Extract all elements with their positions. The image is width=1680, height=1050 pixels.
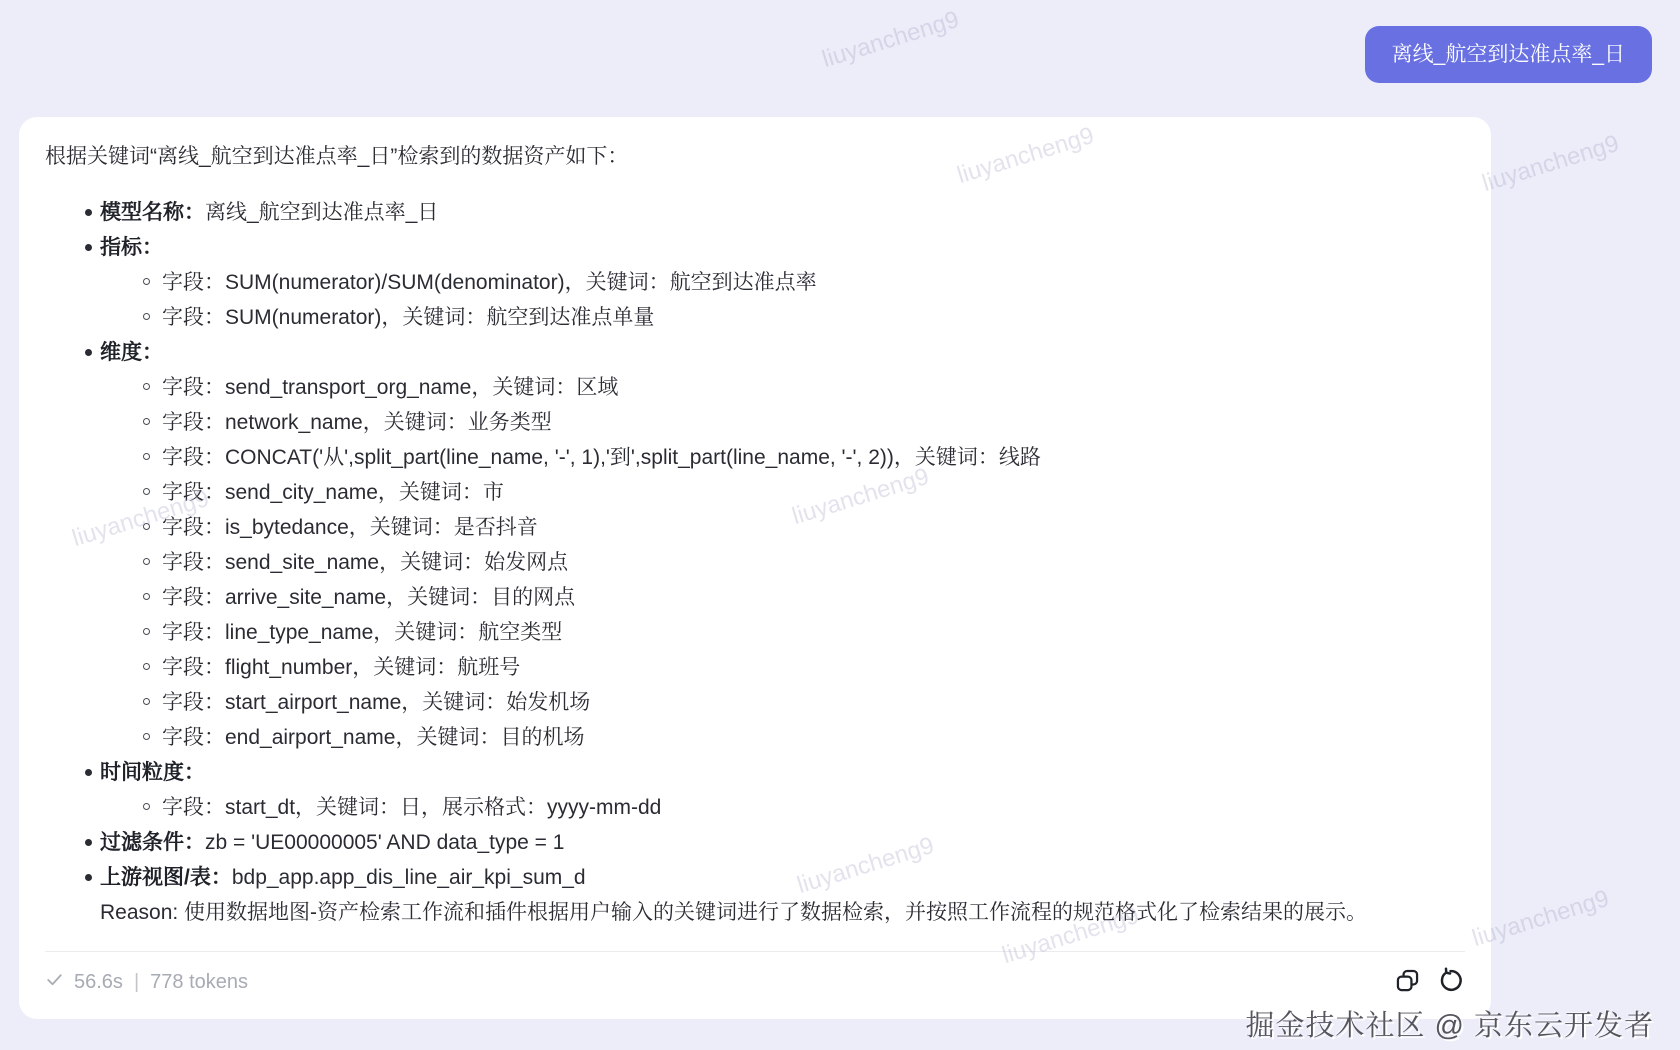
list-item-value: 字段：start_airport_name，关键词：始发机场 bbox=[162, 691, 590, 714]
diagonal-watermark: liuyancheng9 bbox=[819, 6, 962, 74]
list-item-sub: 字段：end_airport_name，关键词：目的机场 bbox=[45, 720, 1465, 755]
list-item-value: 字段：SUM(numerator)/SUM(denominator)，关键词：航… bbox=[162, 271, 817, 294]
regenerate-button[interactable] bbox=[1435, 967, 1465, 997]
list-item-value: 字段：network_name，关键词：业务类型 bbox=[162, 411, 552, 434]
generation-stats: 56.6s | 778 tokens bbox=[45, 970, 248, 995]
list-item-sub: 字段：send_transport_org_name，关键词：区域 bbox=[45, 370, 1465, 405]
list-item-sub: 字段：SUM(numerator)，关键词：航空到达准点单量 bbox=[45, 300, 1465, 335]
list-item-value: 字段：line_type_name，关键词：航空类型 bbox=[162, 621, 562, 644]
list-item-value: 字段：send_site_name，关键词：始发网点 bbox=[162, 551, 568, 574]
list-item-value: 字段：start_dt，关键词：日，展示格式：yyyy-mm-dd bbox=[162, 796, 661, 819]
refresh-icon bbox=[1437, 967, 1464, 997]
brand-watermark: 掘金技术社区 @ 京东云开发者 bbox=[1245, 1003, 1654, 1044]
chat-page: 离线_航空到达准点率_日 根据关键词“离线_航空到达准点率_日”检索到的数据资产… bbox=[0, 0, 1680, 1050]
list-item-value: 字段：arrive_site_name，关键词：目的网点 bbox=[162, 586, 575, 609]
list-item-sub: 字段：line_type_name，关键词：航空类型 bbox=[45, 615, 1465, 650]
list-item-top: 模型名称：离线_航空到达准点率_日 bbox=[45, 195, 1465, 230]
list-item-top: 上游视图/表：bdp_app.app_dis_line_air_kpi_sum_… bbox=[45, 860, 1465, 895]
list-item-label: 过滤条件： bbox=[100, 831, 205, 854]
list-item-value: 字段：send_city_name，关键词：市 bbox=[162, 481, 504, 504]
list-item-sub: 字段：send_site_name，关键词：始发网点 bbox=[45, 545, 1465, 580]
tokens-text: 778 tokens bbox=[150, 971, 248, 994]
list-item-sub: 字段：arrive_site_name，关键词：目的网点 bbox=[45, 580, 1465, 615]
copy-button[interactable] bbox=[1392, 967, 1422, 997]
assistant-message-card: 根据关键词“离线_航空到达准点率_日”检索到的数据资产如下： 模型名称：离线_航… bbox=[19, 117, 1491, 1019]
list-item-value: 字段：is_bytedance，关键词：是否抖音 bbox=[162, 516, 538, 539]
list-item-sub: 字段：start_airport_name，关键词：始发机场 bbox=[45, 685, 1465, 720]
message-actions bbox=[1392, 967, 1465, 997]
list-item-sub: 字段：flight_number，关键词：航班号 bbox=[45, 650, 1465, 685]
list-item-sub: 字段：send_city_name，关键词：市 bbox=[45, 475, 1465, 510]
list-item-sub: 字段：is_bytedance，关键词：是否抖音 bbox=[45, 510, 1465, 545]
intro-text: 根据关键词“离线_航空到达准点率_日”检索到的数据资产如下： bbox=[45, 141, 1465, 173]
list-item-top: 指标： bbox=[45, 230, 1465, 265]
list-item-value: zb = 'UE00000005' AND data_type = 1 bbox=[205, 831, 564, 854]
message-footer: 56.6s | 778 tokens bbox=[45, 961, 1465, 1003]
diagonal-watermark: liuyancheng9 bbox=[1479, 130, 1622, 198]
list-item-top: 维度： bbox=[45, 335, 1465, 370]
list-item-value: bdp_app.app_dis_line_air_kpi_sum_d bbox=[232, 866, 586, 889]
list-item-value: 离线_航空到达准点率_日 bbox=[205, 201, 438, 224]
list-item-value: 字段：end_airport_name，关键词：目的机场 bbox=[162, 726, 584, 749]
user-message-bubble: 离线_航空到达准点率_日 bbox=[1365, 26, 1652, 83]
list-item-top: 时间粒度： bbox=[45, 755, 1465, 790]
list-item-value: 字段：send_transport_org_name，关键词：区域 bbox=[162, 376, 618, 399]
check-icon bbox=[45, 970, 74, 995]
stats-separator: | bbox=[134, 971, 139, 994]
reason-text: Reason: 使用数据地图-资产检索工作流和插件根据用户输入的关键词进行了数据… bbox=[45, 895, 1465, 930]
footer-divider bbox=[45, 951, 1465, 952]
duration-text: 56.6s bbox=[74, 971, 123, 994]
list-item-value: 字段：flight_number，关键词：航班号 bbox=[162, 656, 520, 679]
list-item-top: 过滤条件：zb = 'UE00000005' AND data_type = 1 bbox=[45, 825, 1465, 860]
list-item-label: 维度： bbox=[100, 341, 163, 364]
list-item-sub: 字段：SUM(numerator)/SUM(denominator)，关键词：航… bbox=[45, 265, 1465, 300]
list-item-value: 字段：SUM(numerator)，关键词：航空到达准点单量 bbox=[162, 306, 654, 329]
list-item-sub: 字段：network_name，关键词：业务类型 bbox=[45, 405, 1465, 440]
list-item-label: 时间粒度： bbox=[100, 761, 205, 784]
copy-icon bbox=[1394, 967, 1421, 997]
list-item-label: 模型名称： bbox=[100, 201, 205, 224]
list-item-sub: 字段：start_dt，关键词：日，展示格式：yyyy-mm-dd bbox=[45, 790, 1465, 825]
user-message-text: 离线_航空到达准点率_日 bbox=[1392, 43, 1625, 66]
list-item-label: 指标： bbox=[100, 236, 163, 259]
list-item-sub: 字段：CONCAT('从',split_part(line_name, '-',… bbox=[45, 440, 1465, 475]
asset-list: 模型名称：离线_航空到达准点率_日指标：字段：SUM(numerator)/SU… bbox=[45, 195, 1465, 895]
list-item-label: 上游视图/表： bbox=[100, 866, 232, 889]
list-item-value: 字段：CONCAT('从',split_part(line_name, '-',… bbox=[162, 446, 1041, 469]
